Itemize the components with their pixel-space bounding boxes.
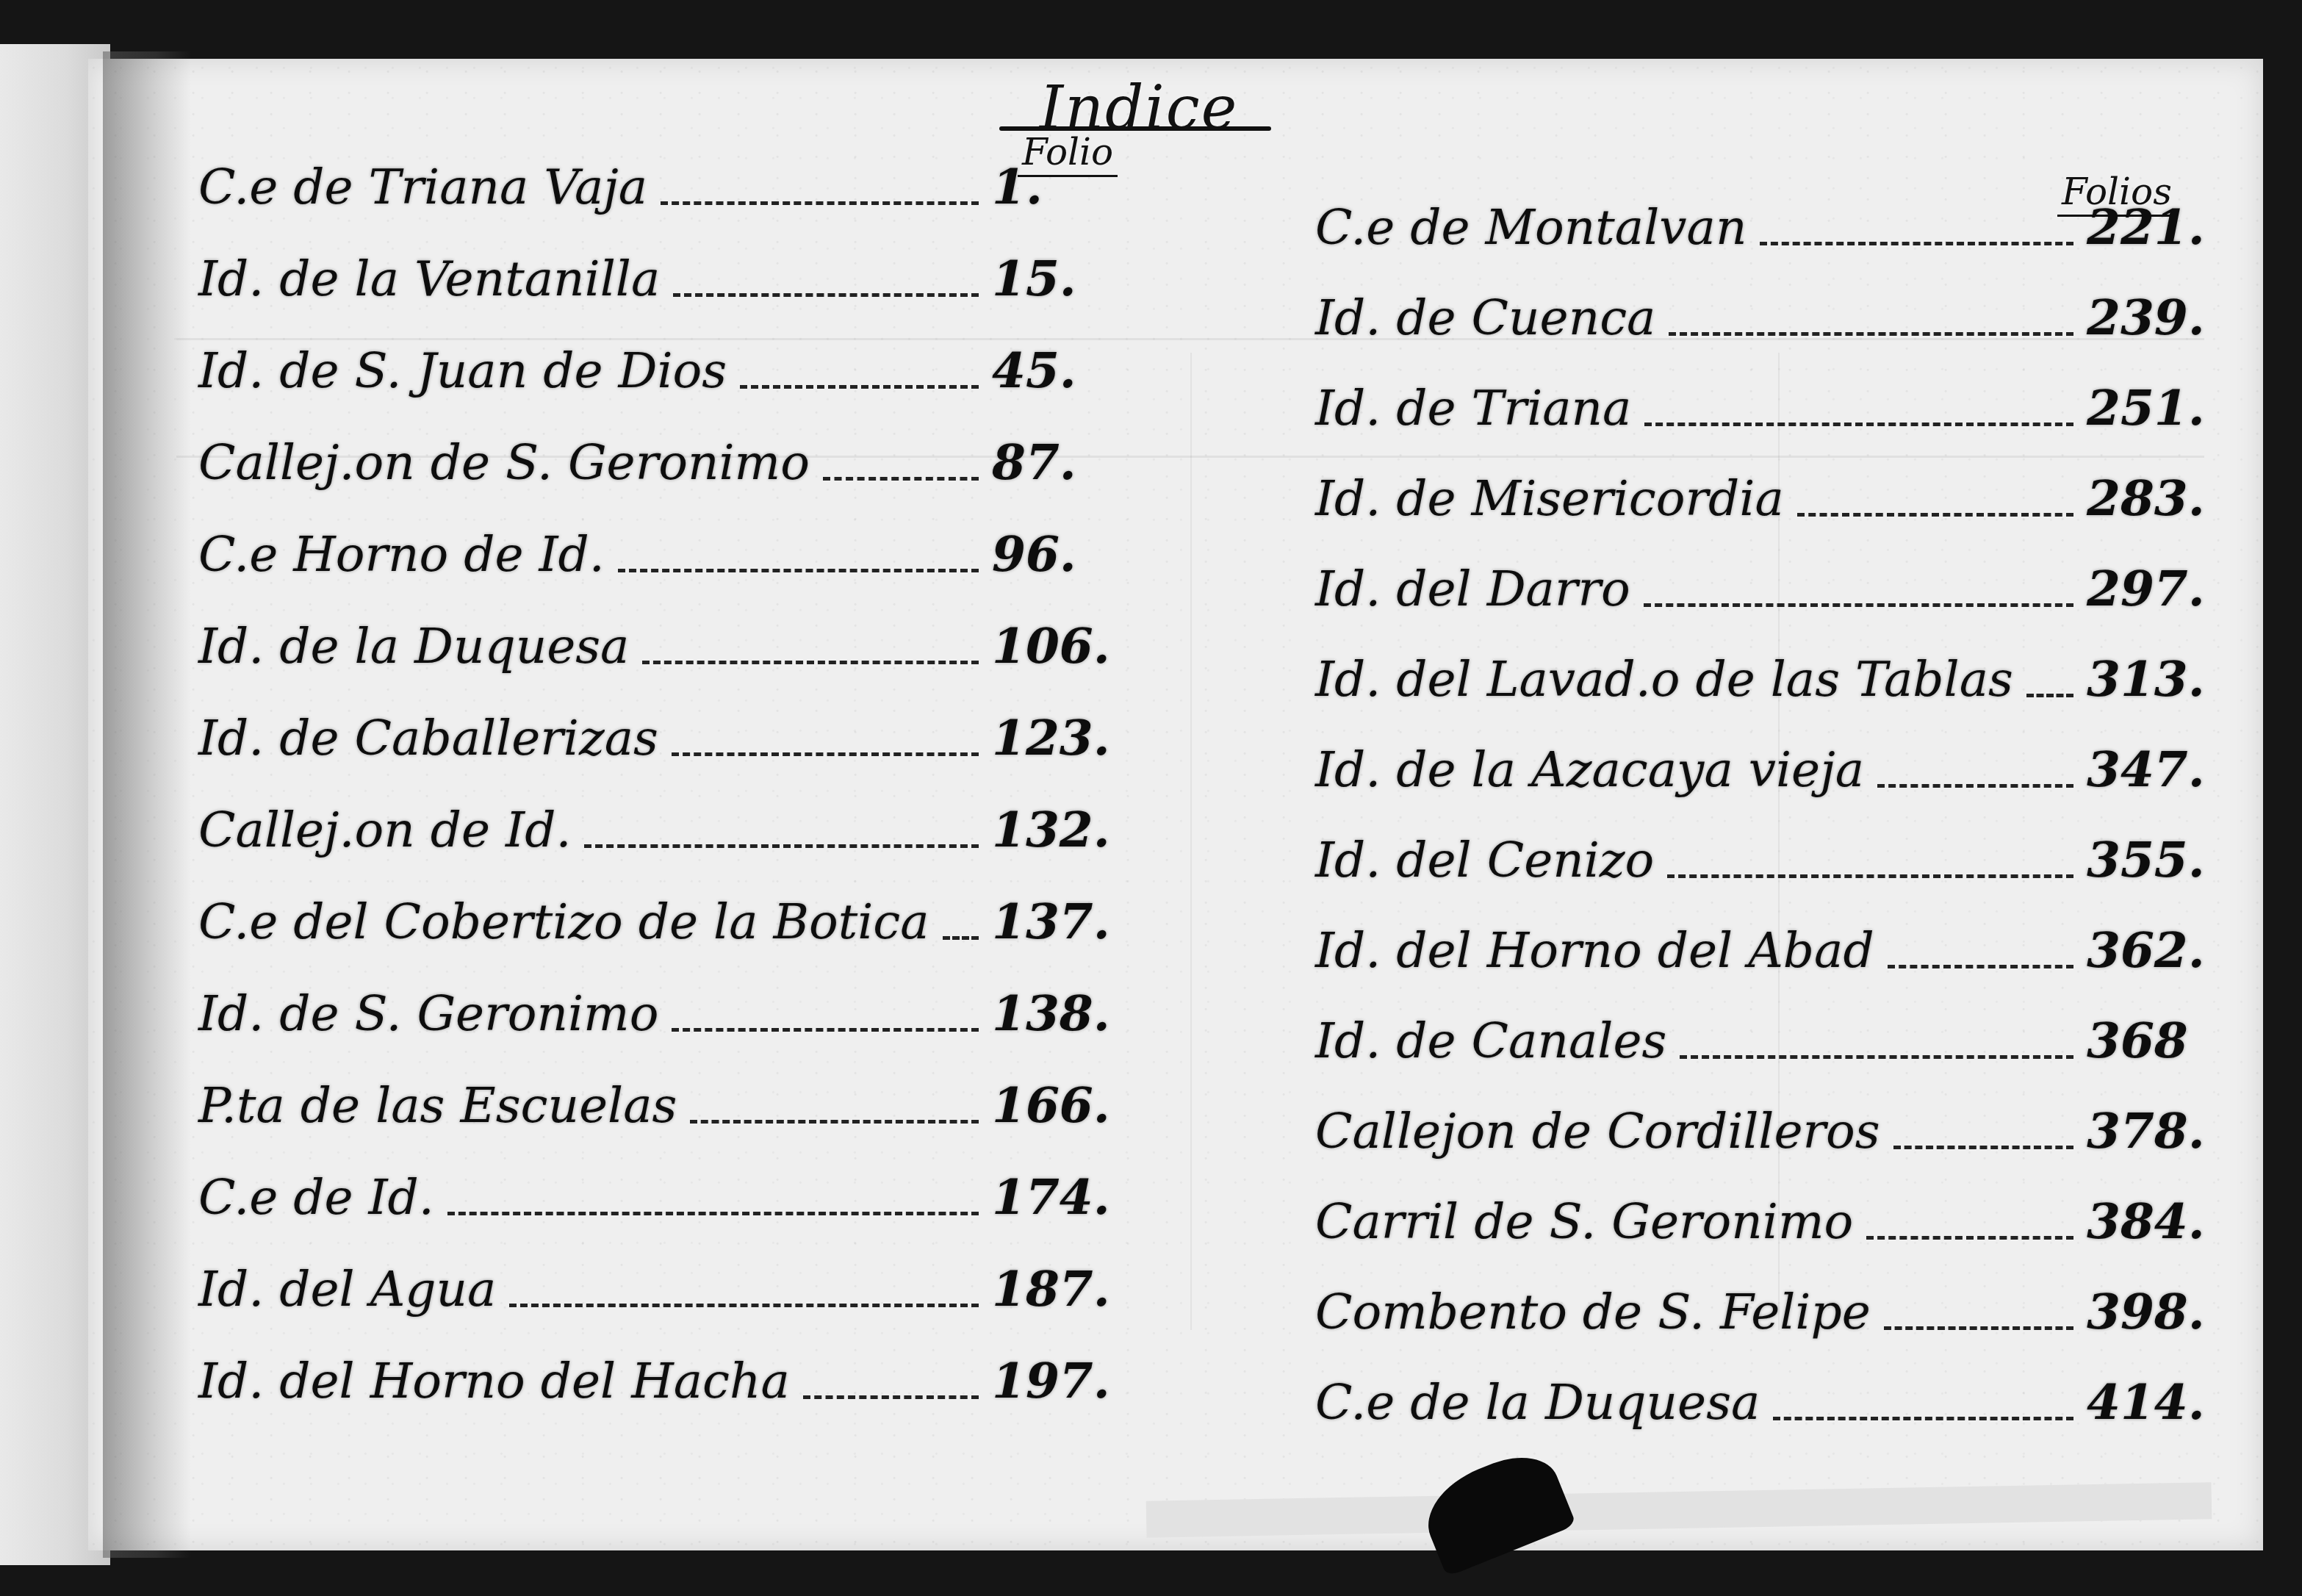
- dot-leader: [1888, 965, 2073, 968]
- folio-number: 15.: [992, 250, 1102, 307]
- dot-leader: [642, 661, 979, 664]
- folio-number: 138.: [992, 985, 1102, 1042]
- dot-leader: [1667, 874, 2073, 878]
- dot-leader: [1866, 1236, 2073, 1240]
- street-name: C.e Horno de Id.: [198, 526, 605, 583]
- dot-leader: [823, 477, 979, 481]
- index-entry: C.e del Cobertizo de la Botica137.: [198, 893, 1102, 950]
- street-name: Id. del Agua: [198, 1261, 496, 1318]
- scanned-page: Indice Folio Folios C.e de Triana Vaja1.…: [0, 0, 2302, 1596]
- index-entry: C.e Horno de Id.96.: [198, 525, 1102, 583]
- folio-number: 313.: [2087, 650, 2197, 708]
- dot-leader: [509, 1304, 979, 1307]
- dot-leader: [1773, 1417, 2073, 1420]
- folio-number: 378.: [2087, 1102, 2197, 1160]
- folio-number: 166.: [992, 1076, 1102, 1134]
- index-entry: C.e de Triana Vaja1.: [198, 158, 1102, 215]
- index-entry: Id. del Agua187.: [198, 1260, 1102, 1318]
- street-name: Id. de la Duquesa: [198, 618, 629, 675]
- folio-number: 239.: [2087, 289, 2197, 346]
- street-name: C.e de Triana Vaja: [198, 159, 647, 215]
- street-name: Callejon de Cordilleros: [1315, 1103, 1880, 1160]
- street-name: C.e de la Duquesa: [1315, 1374, 1760, 1431]
- folio-number: 283.: [2087, 470, 2197, 527]
- street-name: Id. de Caballerizas: [198, 710, 658, 766]
- street-name: Id. de S. Geronimo: [198, 985, 658, 1042]
- street-name: Id. del Lavad.o de las Tablas: [1315, 651, 2013, 708]
- street-name: Id. del Horno del Hacha: [198, 1353, 790, 1409]
- dot-leader: [1893, 1146, 2073, 1149]
- index-entry: Id. de S. Geronimo138.: [198, 985, 1102, 1042]
- index-entry: Id. de Caballerizas123.: [198, 709, 1102, 766]
- street-name: Id. de la Azacaya vieja: [1315, 741, 1864, 798]
- dot-leader: [803, 1395, 979, 1399]
- street-name: Id. de S. Juan de Dios: [198, 342, 727, 399]
- dot-leader: [1669, 332, 2073, 336]
- folio-number: 414.: [2087, 1373, 2197, 1431]
- folio-number: 187.: [992, 1260, 1102, 1318]
- dot-leader: [1644, 423, 2073, 426]
- index-entry: Id. del Cenizo355.: [1315, 831, 2197, 888]
- dot-leader: [1877, 784, 2073, 788]
- index-entry: Id. de S. Juan de Dios45.: [198, 342, 1102, 399]
- index-entry: C.e de Id.174.: [198, 1168, 1102, 1226]
- index-entry: C.e de Montalvan221.: [1315, 198, 2197, 256]
- dot-leader: [1884, 1326, 2073, 1330]
- dot-leader: [1760, 242, 2073, 245]
- index-entry: Callej.on de S. Geronimo87.: [198, 434, 1102, 491]
- index-entry: P.ta de las Escuelas166.: [198, 1076, 1102, 1134]
- index-entry: Combento de S. Felipe398.: [1315, 1283, 2197, 1340]
- index-entry: Callejon de Cordilleros378.: [1315, 1102, 2197, 1160]
- folio-number: 132.: [992, 801, 1102, 858]
- street-name: Id. de Canales: [1315, 1013, 1666, 1069]
- folio-number: 384.: [2087, 1193, 2197, 1250]
- street-name: Id. del Darro: [1315, 561, 1630, 617]
- folio-number: 197.: [992, 1352, 1102, 1409]
- street-name: Id. de Cuenca: [1315, 290, 1655, 346]
- street-name: Carril de S. Geronimo: [1315, 1193, 1853, 1250]
- street-name: Id. de Triana: [1315, 380, 1631, 436]
- index-entry: Id. de Cuenca239.: [1315, 289, 2197, 346]
- dot-leader: [618, 569, 979, 572]
- folio-number: 221.: [2087, 198, 2197, 256]
- index-entry: C.e de la Duquesa414.: [1315, 1373, 2197, 1431]
- binding-shadow: [103, 51, 191, 1558]
- folio-number: 368: [2087, 1012, 2197, 1069]
- index-entry: Id. de Triana251.: [1315, 379, 2197, 436]
- folio-number: 1.: [992, 158, 1102, 215]
- street-name: Combento de S. Felipe: [1315, 1284, 1871, 1340]
- index-entry: Callej.on de Id.132.: [198, 801, 1102, 858]
- folio-number: 87.: [992, 434, 1102, 491]
- folio-number: 362.: [2087, 921, 2197, 979]
- dot-leader: [1644, 603, 2073, 607]
- index-entry: Id. de la Azacaya vieja347.: [1315, 741, 2197, 798]
- dot-leader: [740, 385, 979, 389]
- dot-leader: [584, 844, 979, 848]
- folio-number: 174.: [992, 1168, 1102, 1226]
- street-name: C.e del Cobertizo de la Botica: [198, 894, 929, 950]
- street-name: Callej.on de S. Geronimo: [198, 434, 810, 491]
- index-entry: Id. del Horno del Abad362.: [1315, 921, 2197, 979]
- index-entry: Id. del Horno del Hacha197.: [198, 1352, 1102, 1409]
- folio-number: 137.: [992, 893, 1102, 950]
- street-name: Id. del Cenizo: [1315, 832, 1654, 888]
- folio-number: 355.: [2087, 831, 2197, 888]
- faint-printed-column: [1190, 353, 1192, 1330]
- street-name: Id. del Horno del Abad: [1315, 922, 1874, 979]
- folio-number: 398.: [2087, 1283, 2197, 1340]
- street-name: Id. de Misericordia: [1315, 470, 1784, 527]
- index-entry: Id. de la Duquesa106.: [198, 617, 1102, 675]
- index-entry: Id. del Lavad.o de las Tablas313.: [1315, 650, 2197, 708]
- folio-number: 45.: [992, 342, 1102, 399]
- index-entry: Id. de Canales368: [1315, 1012, 2197, 1069]
- street-name: C.e de Id.: [198, 1169, 434, 1226]
- folio-number: 297.: [2087, 560, 2197, 617]
- folio-number: 251.: [2087, 379, 2197, 436]
- dot-leader: [672, 752, 979, 756]
- index-entry: Id. de la Ventanilla15.: [198, 250, 1102, 307]
- dot-leader: [2026, 694, 2073, 697]
- folio-number: 123.: [992, 709, 1102, 766]
- folio-number: 106.: [992, 617, 1102, 675]
- dot-leader: [690, 1120, 979, 1124]
- dot-leader: [672, 1028, 979, 1032]
- index-entry: Id. de Misericordia283.: [1315, 470, 2197, 527]
- folio-number: 347.: [2087, 741, 2197, 798]
- street-name: C.e de Montalvan: [1315, 199, 1747, 256]
- street-name: Id. de la Ventanilla: [198, 251, 660, 307]
- dot-leader: [1680, 1055, 2073, 1059]
- dot-leader: [661, 201, 979, 205]
- dot-leader: [943, 936, 979, 940]
- folio-number: 96.: [992, 525, 1102, 583]
- dot-leader: [673, 293, 979, 297]
- dot-leader: [1797, 513, 2073, 517]
- dot-leader: [447, 1212, 979, 1215]
- index-entry: Carril de S. Geronimo384.: [1315, 1193, 2197, 1250]
- index-entry: Id. del Darro297.: [1315, 560, 2197, 617]
- street-name: P.ta de las Escuelas: [198, 1077, 677, 1134]
- street-name: Callej.on de Id.: [198, 802, 571, 858]
